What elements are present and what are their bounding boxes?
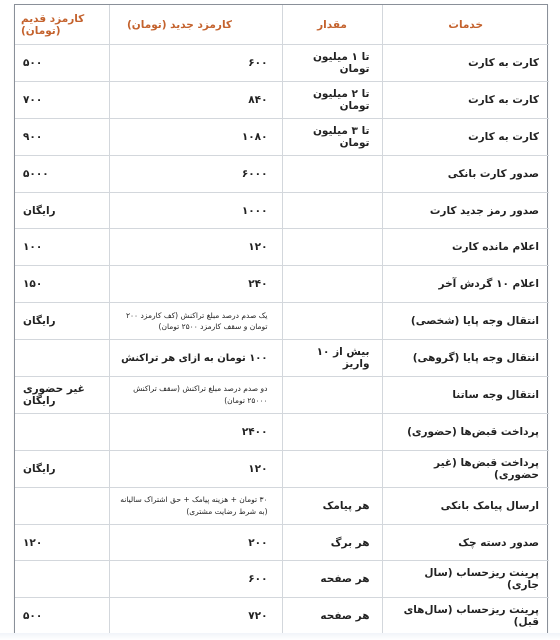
cell-amount: هر صفحه (282, 598, 382, 634)
cell-new-fee: ۲۰۰ (109, 524, 282, 561)
cell-service: انتقال وجه ساتنا (382, 377, 549, 414)
cell-new-fee: ۱۲۰ (109, 229, 282, 266)
cell-new-fee: ۱۰۰ تومان به ازای هر تراکنش (109, 340, 282, 377)
cell-new-fee: ۱۲۰ (109, 450, 282, 487)
cell-amount: تا ۱ میلیون تومان (282, 45, 382, 82)
cell-new-fee: ۱۰۸۰ (109, 118, 282, 155)
cell-service: انتقال وجه پایا (گروهی) (382, 340, 549, 377)
table-row: پرینت ریزحساب (سال جاری) هر صفحه ۶۰۰ (15, 561, 549, 598)
table-row: پرداخت قبض‌ها (غیر حضوری) ۱۲۰ رایگان (15, 450, 549, 487)
table-row: کارت به کارت تا ۳ میلیون تومان ۱۰۸۰ ۹۰۰ (15, 118, 549, 155)
cell-service: کارت به کارت (382, 118, 549, 155)
cell-old-fee: ۱۰۰ (15, 229, 109, 266)
cell-old-fee: ۵۰۰ (15, 45, 109, 82)
cell-old-fee: ۷۰۰ (15, 81, 109, 118)
cell-service: صدور دسته چک (382, 524, 549, 561)
table-row: کارت به کارت تا ۲ میلیون تومان ۸۴۰ ۷۰۰ (15, 81, 549, 118)
header-old-fee: کارمزد قدیم (تومان) (15, 5, 109, 45)
cell-new-fee: ۷۲۰ (109, 598, 282, 634)
fees-table: خدمات مقدار کارمزد جدید (تومان) کارمزد ق… (15, 5, 549, 634)
cell-service: اعلام مانده کارت (382, 229, 549, 266)
cell-new-fee: ۸۴۰ (109, 81, 282, 118)
cell-service: پرینت ریزحساب (سال‌های قبل) (382, 598, 549, 634)
cell-old-fee: ۱۲۰ (15, 524, 109, 561)
table-row: اعلام ۱۰ گردش آخر ۲۴۰ ۱۵۰ (15, 266, 549, 303)
cell-old-fee: ۵۰۰ (15, 598, 109, 634)
cell-amount (282, 192, 382, 229)
table-row: صدور دسته چک هر برگ ۲۰۰ ۱۲۰ (15, 524, 549, 561)
cell-new-fee: ۲۴۰ (109, 266, 282, 303)
cell-amount (282, 155, 382, 192)
cell-amount (282, 303, 382, 340)
cell-old-fee (15, 561, 109, 598)
cell-new-fee: ۲۴۰۰ (109, 413, 282, 450)
bottom-fade-decoration (0, 633, 560, 640)
cell-new-fee: ۶۰۰۰ (109, 155, 282, 192)
cell-amount (282, 377, 382, 414)
cell-amount: تا ۳ میلیون تومان (282, 118, 382, 155)
cell-amount: تا ۲ میلیون تومان (282, 81, 382, 118)
table-row: انتقال وجه پایا (گروهی) بیش از ۱۰ واریز … (15, 340, 549, 377)
cell-old-fee: ۱۵۰ (15, 266, 109, 303)
table-row: انتقال وجه پایا (شخصی) یک صدم درصد مبلغ … (15, 303, 549, 340)
cell-service: پرداخت قبض‌ها (غیر حضوری) (382, 450, 549, 487)
table-row: اعلام مانده کارت ۱۲۰ ۱۰۰ (15, 229, 549, 266)
header-amount: مقدار (282, 5, 382, 45)
cell-new-fee: دو صدم درصد مبلغ تراکنش (سقف تراکنش ۲۵۰۰… (109, 377, 282, 414)
cell-service: کارت به کارت (382, 81, 549, 118)
cell-service: پرینت ریزحساب (سال جاری) (382, 561, 549, 598)
cell-old-fee: غیر حضوری رایگان (15, 377, 109, 414)
cell-old-fee (15, 413, 109, 450)
cell-service: کارت به کارت (382, 45, 549, 82)
table-row: صدور کارت بانکی ۶۰۰۰ ۵۰۰۰ (15, 155, 549, 192)
cell-amount: بیش از ۱۰ واریز (282, 340, 382, 377)
cell-amount: هر برگ (282, 524, 382, 561)
cell-service: صدور رمز جدید کارت (382, 192, 549, 229)
cell-amount: هر پیامک (282, 487, 382, 524)
cell-service: انتقال وجه پایا (شخصی) (382, 303, 549, 340)
table-row: صدور رمز جدید کارت ۱۰۰۰ رایگان (15, 192, 549, 229)
cell-new-fee: یک صدم درصد مبلغ تراکنش (کف کارمزد ۲۰۰ ت… (109, 303, 282, 340)
cell-new-fee: ۳۰ تومان + هزینه پیامک + حق اشتراک سالیا… (109, 487, 282, 524)
cell-amount (282, 450, 382, 487)
cell-amount: هر صفحه (282, 561, 382, 598)
table-row: کارت به کارت تا ۱ میلیون تومان ۶۰۰ ۵۰۰ (15, 45, 549, 82)
cell-old-fee (15, 487, 109, 524)
cell-old-fee: رایگان (15, 192, 109, 229)
table-row: انتقال وجه ساتنا دو صدم درصد مبلغ تراکنش… (15, 377, 549, 414)
table-row: ارسال پیامک بانکی هر پیامک ۳۰ تومان + هز… (15, 487, 549, 524)
cell-old-fee: ۹۰۰ (15, 118, 109, 155)
cell-new-fee: ۶۰۰ (109, 561, 282, 598)
cell-old-fee: ۵۰۰۰ (15, 155, 109, 192)
cell-old-fee: رایگان (15, 450, 109, 487)
cell-new-fee: ۶۰۰ (109, 45, 282, 82)
bank-fees-table: خدمات مقدار کارمزد جدید (تومان) کارمزد ق… (14, 4, 548, 635)
table-row: پرینت ریزحساب (سال‌های قبل) هر صفحه ۷۲۰ … (15, 598, 549, 634)
cell-amount (282, 229, 382, 266)
cell-service: پرداخت قبض‌ها (حضوری) (382, 413, 549, 450)
cell-old-fee: رایگان (15, 303, 109, 340)
cell-old-fee (15, 340, 109, 377)
cell-new-fee: ۱۰۰۰ (109, 192, 282, 229)
cell-service: صدور کارت بانکی (382, 155, 549, 192)
cell-service: اعلام ۱۰ گردش آخر (382, 266, 549, 303)
header-service: خدمات (382, 5, 549, 45)
table-row: پرداخت قبض‌ها (حضوری) ۲۴۰۰ (15, 413, 549, 450)
cell-service: ارسال پیامک بانکی (382, 487, 549, 524)
cell-amount (282, 413, 382, 450)
table-header-row: خدمات مقدار کارمزد جدید (تومان) کارمزد ق… (15, 5, 549, 45)
cell-amount (282, 266, 382, 303)
header-new-fee: کارمزد جدید (تومان) (109, 5, 282, 45)
